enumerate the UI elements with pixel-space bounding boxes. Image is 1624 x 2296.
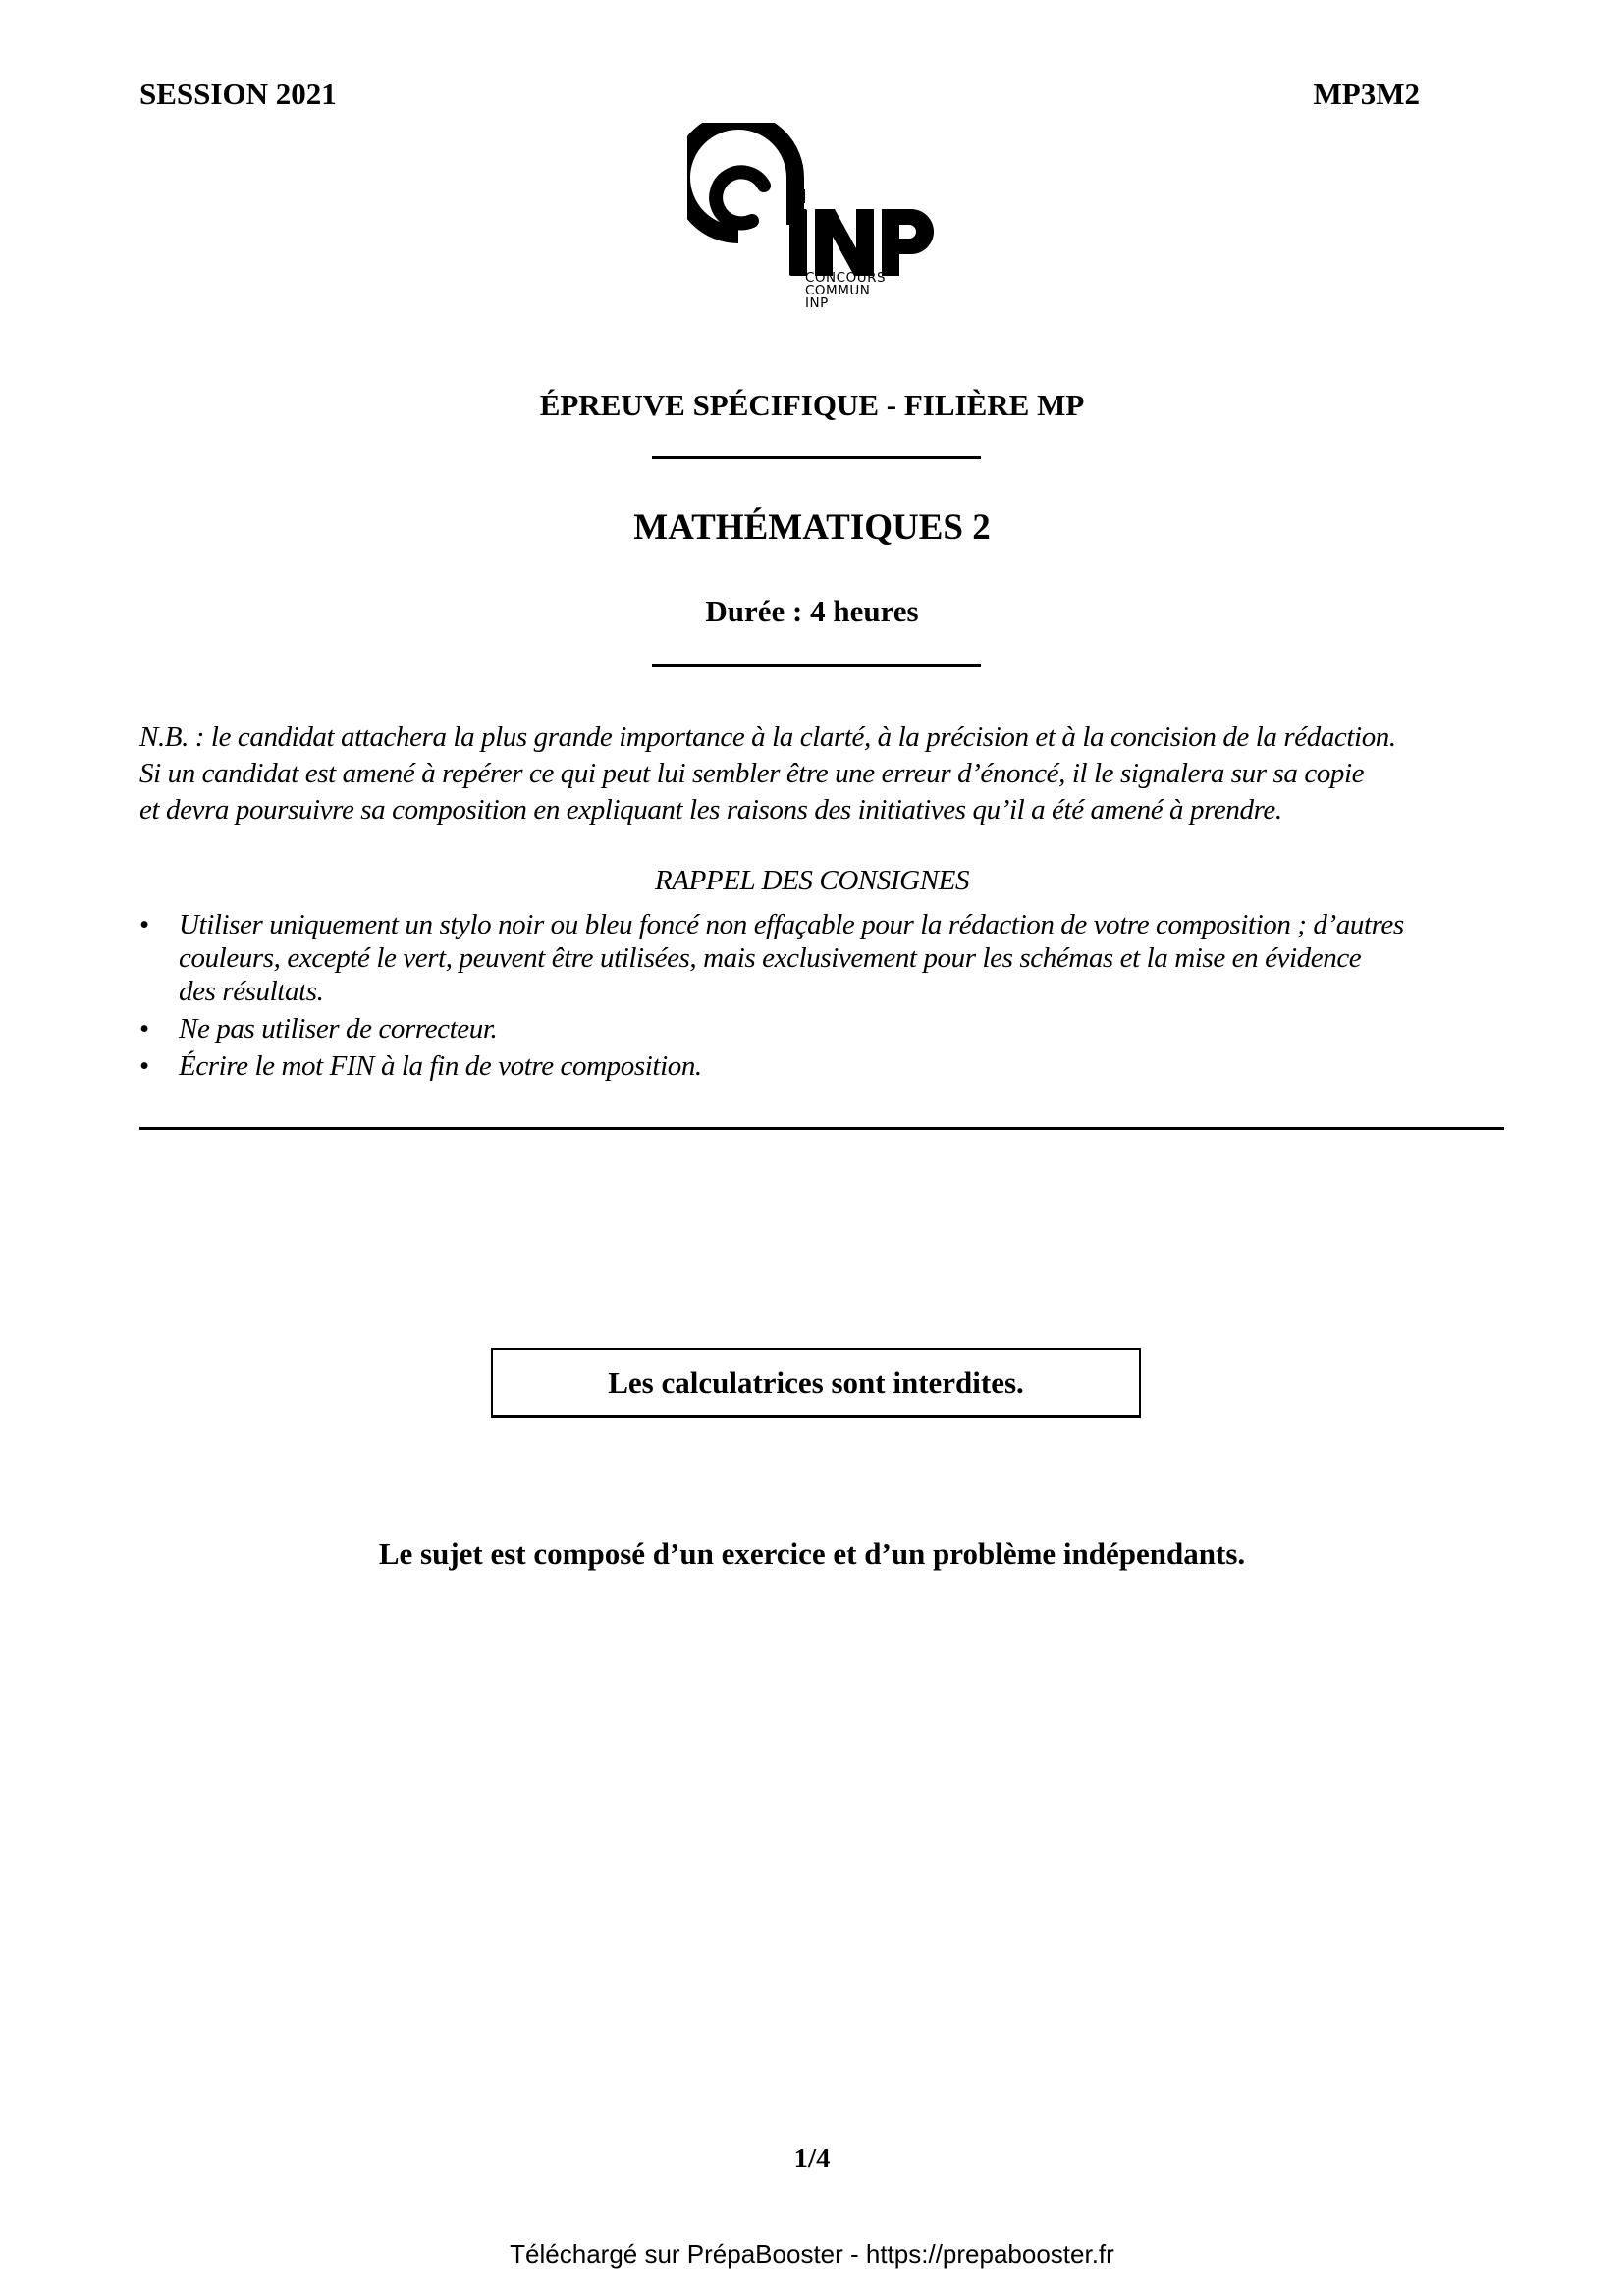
consigne-line: couleurs, excepté le vert, peuvent être … bbox=[179, 941, 1514, 975]
calculator-notice-box: Les calculatrices sont interdites. bbox=[491, 1348, 1141, 1418]
logo-caption: CONCOURS COMMUN INP bbox=[805, 272, 886, 310]
consignes-list: • Utiliser uniquement un stylo noir ou b… bbox=[139, 908, 1514, 1087]
logo-line: INP bbox=[805, 297, 886, 310]
consigne-line: des résultats. bbox=[179, 975, 1514, 1008]
nb-notice: N.B. : le candidat attachera la plus gra… bbox=[139, 720, 1504, 828]
list-item: • Ne pas utiliser de correcteur. bbox=[139, 1012, 1514, 1045]
section-divider bbox=[139, 1127, 1504, 1130]
consigne-line: Ne pas utiliser de correcteur. bbox=[179, 1012, 1514, 1045]
bullet-icon: • bbox=[139, 908, 149, 941]
bullet-icon: • bbox=[139, 1012, 149, 1045]
nb-line: et devra poursuivre sa composition en ex… bbox=[139, 792, 1504, 828]
exam-code: MP3M2 bbox=[1314, 79, 1420, 109]
consigne-line: Écrire le mot FIN à la fin de votre comp… bbox=[179, 1049, 1514, 1083]
consigne-line: Utiliser uniquement un stylo noir ou ble… bbox=[179, 908, 1514, 941]
divider bbox=[652, 664, 981, 667]
page-number: 1/4 bbox=[0, 2145, 1624, 2173]
exam-title: MATHÉMATIQUES 2 bbox=[0, 509, 1624, 546]
session-label: SESSION 2021 bbox=[139, 79, 337, 109]
subject-composition: Le sujet est composé d’un exercice et d’… bbox=[0, 1538, 1624, 1569]
exam-duration: Durée : 4 heures bbox=[0, 596, 1624, 626]
nb-line: N.B. : le candidat attachera la plus gra… bbox=[139, 720, 1504, 756]
calculator-notice: Les calculatrices sont interdites. bbox=[608, 1365, 1024, 1401]
divider bbox=[652, 456, 981, 459]
epreuve-heading: ÉPREUVE SPÉCIFIQUE - FILIÈRE MP bbox=[0, 390, 1624, 420]
bullet-icon: • bbox=[139, 1049, 149, 1083]
list-item: • Écrire le mot FIN à la fin de votre co… bbox=[139, 1049, 1514, 1083]
rappel-heading: RAPPEL DES CONSIGNES bbox=[0, 867, 1624, 895]
list-item: • Utiliser uniquement un stylo noir ou b… bbox=[139, 908, 1514, 1008]
download-footer: Téléchargé sur PrépaBooster - https://pr… bbox=[0, 2241, 1624, 2267]
nb-line: Si un candidat est amené à repérer ce qu… bbox=[139, 756, 1504, 792]
